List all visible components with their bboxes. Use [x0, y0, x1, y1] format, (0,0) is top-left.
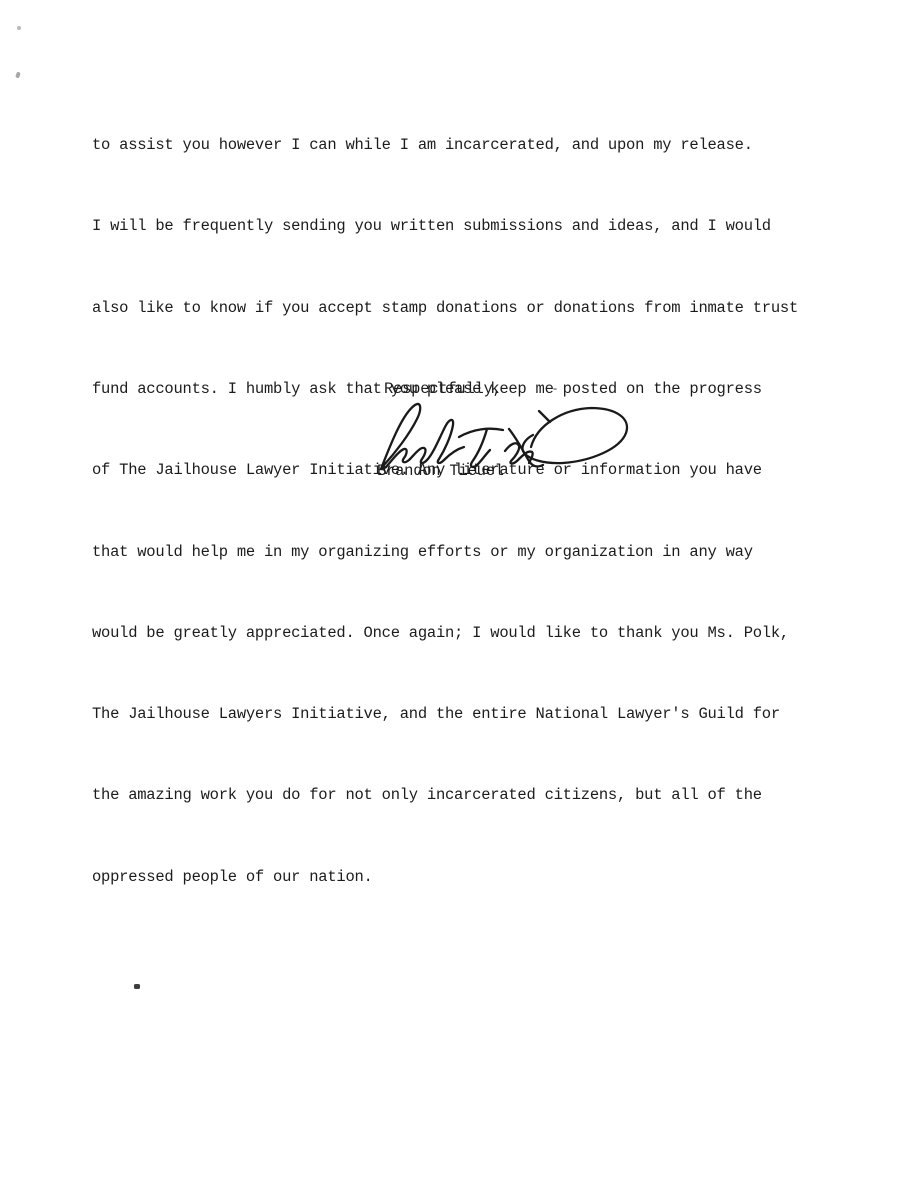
typed-signature-name: Brandon Tieuel: [377, 462, 504, 480]
body-line: would be greatly appreciated. Once again…: [92, 620, 852, 647]
body-line: also like to know if you accept stamp do…: [92, 295, 852, 322]
letter-page: to assist you however I can while I am i…: [0, 0, 918, 1188]
letter-body-paragraph: to assist you however I can while I am i…: [92, 78, 852, 945]
scan-speck: [17, 26, 21, 30]
closing-salutation: Respectfully,: [384, 380, 502, 398]
body-line: to assist you however I can while I am i…: [92, 132, 852, 159]
body-line: The Jailhouse Lawyers Initiative, and th…: [92, 701, 852, 728]
body-line: that would help me in my organizing effo…: [92, 539, 852, 566]
scan-speck: [134, 984, 140, 989]
scan-speck: [553, 388, 557, 390]
body-line: oppressed people of our nation.: [92, 864, 852, 891]
body-line: the amazing work you do for not only inc…: [92, 782, 852, 809]
scan-speck: [15, 71, 21, 78]
body-line: I will be frequently sending you written…: [92, 213, 852, 240]
